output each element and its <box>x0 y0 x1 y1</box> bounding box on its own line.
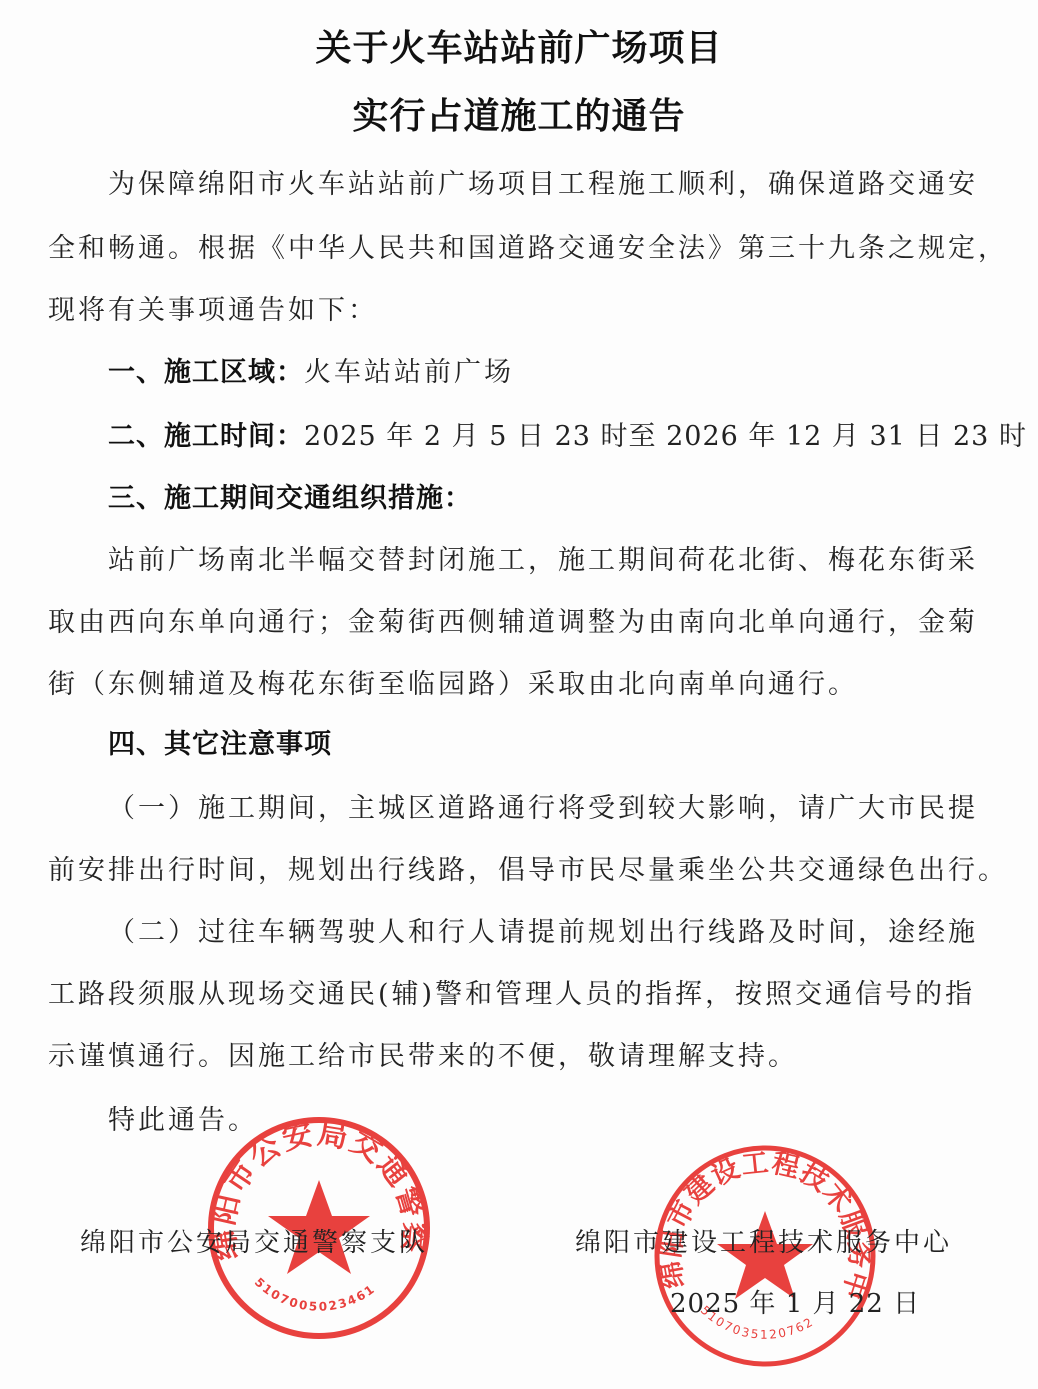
section-area: 一、施工区域：火车站站前广场 <box>108 350 514 389</box>
svg-text:5107005023461: 5107005023461 <box>252 1275 379 1314</box>
intro-line3: 现将有关事项通告如下： <box>48 288 378 327</box>
section-traffic-label: 三、施工期间交通组织措施： <box>108 476 472 515</box>
intro-line2: 全和畅通。根据《中华人民共和国道路交通安全法》第三十九条之规定， <box>48 226 1008 265</box>
signature-right-org: 绵阳市建设工程技术服务中心 <box>575 1222 952 1259</box>
section-time-value: 2025 年 2 月 5 日 23 时至 2026 年 12 月 31 日 23… <box>304 421 1027 452</box>
notes-item1-line1: （一）施工期间，主城区道路通行将受到较大影响，请广大市民提 <box>108 786 978 825</box>
notice-title-line1: 关于火车站站前广场项目 <box>0 20 1038 71</box>
notes-item2-line1: （二）过往车辆驾驶人和行人请提前规划出行线路及时间，途经施 <box>108 910 978 949</box>
notes-item2-line2: 工路段须服从现场交通民(辅)警和管理人员的指挥，按照交通信号的指 <box>48 972 975 1011</box>
notes-item1-line2: 前安排出行时间，规划出行线路，倡导市民尽量乘坐公共交通绿色出行。 <box>48 848 1008 887</box>
traffic-line1: 站前广场南北半幅交替封闭施工，施工期间荷花北街、梅花东街采 <box>108 538 978 577</box>
police-stamp-code: 5107005023461 <box>252 1275 379 1314</box>
signature-date: 2025 年 1 月 22 日 <box>670 1283 920 1320</box>
traffic-line3: 街（东侧辅道及梅花东街至临园路）采取由北向南单向通行。 <box>48 662 858 701</box>
section-area-label: 一、施工区域： <box>108 357 304 388</box>
section-time: 二、施工时间：2025 年 2 月 5 日 23 时至 2026 年 12 月 … <box>108 414 1027 453</box>
section-time-label: 二、施工时间： <box>108 421 304 452</box>
traffic-line2: 取由西向东单向通行；金菊街西侧辅道调整为由南向北单向通行，金菊 <box>48 600 978 639</box>
signature-left-org: 绵阳市公安局交通警察支队 <box>80 1222 428 1259</box>
section-notes-label: 四、其它注意事项 <box>108 722 332 761</box>
notes-item2-line3: 示谨慎通行。因施工给市民带来的不便，敬请理解支持。 <box>48 1034 798 1073</box>
notice-title-line2: 实行占道施工的通告 <box>0 88 1038 139</box>
intro-line1: 为保障绵阳市火车站站前广场项目工程施工顺利，确保道路交通安 <box>108 162 978 201</box>
section-area-value: 火车站站前广场 <box>304 357 514 388</box>
